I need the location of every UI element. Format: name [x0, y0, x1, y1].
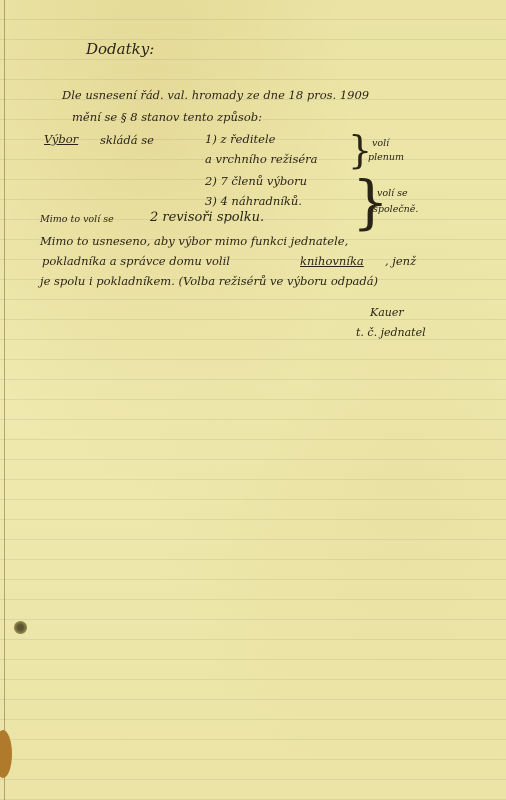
punch-hole — [14, 621, 27, 634]
margin-line — [4, 0, 5, 800]
group1-note-line2: plenum — [368, 152, 404, 163]
signature-name: Kauer — [370, 306, 404, 319]
reviewers-text: 2 revisoři spolku. — [150, 210, 264, 225]
paragraph-line-2-end: , jenž — [385, 254, 416, 268]
brace-2: } — [352, 168, 389, 236]
paragraph-line-3: je spolu i pokladníkem. (Volba režisérů … — [40, 274, 378, 288]
paragraph-librarian: knihovníka — [300, 254, 364, 268]
committee-label: Výbor — [44, 132, 78, 146]
group1-note-line1: volí — [372, 138, 389, 149]
group2-note-line1: volí se — [377, 188, 408, 199]
committee-item-2: 2) 7 členů výboru — [205, 174, 307, 188]
committee-item-3: 3) 4 náhradníků. — [205, 194, 302, 208]
committee-item-1: 1) z ředitele — [205, 132, 275, 146]
brace-1: } — [348, 128, 372, 172]
signature-title: t. č. jednatel — [356, 326, 426, 339]
committee-verb: skládá se — [100, 133, 154, 147]
group2-note-line2: společně. — [373, 204, 418, 215]
text-line-1: Dle usnesení řád. val. hromady ze dne 18… — [62, 88, 369, 102]
text-line-2: mění se § 8 stanov tento způsob: — [72, 110, 262, 124]
reviewers-prefix: Mimo to volí se — [40, 214, 114, 225]
document-heading: Dodatky: — [86, 40, 154, 58]
paragraph-line-1: Mimo to usneseno, aby výbor mimo funkci … — [40, 234, 348, 248]
paragraph-line-2: pokladníka a správce domu volil — [42, 254, 230, 268]
committee-item-1b: a vrchního režiséra — [205, 152, 318, 166]
